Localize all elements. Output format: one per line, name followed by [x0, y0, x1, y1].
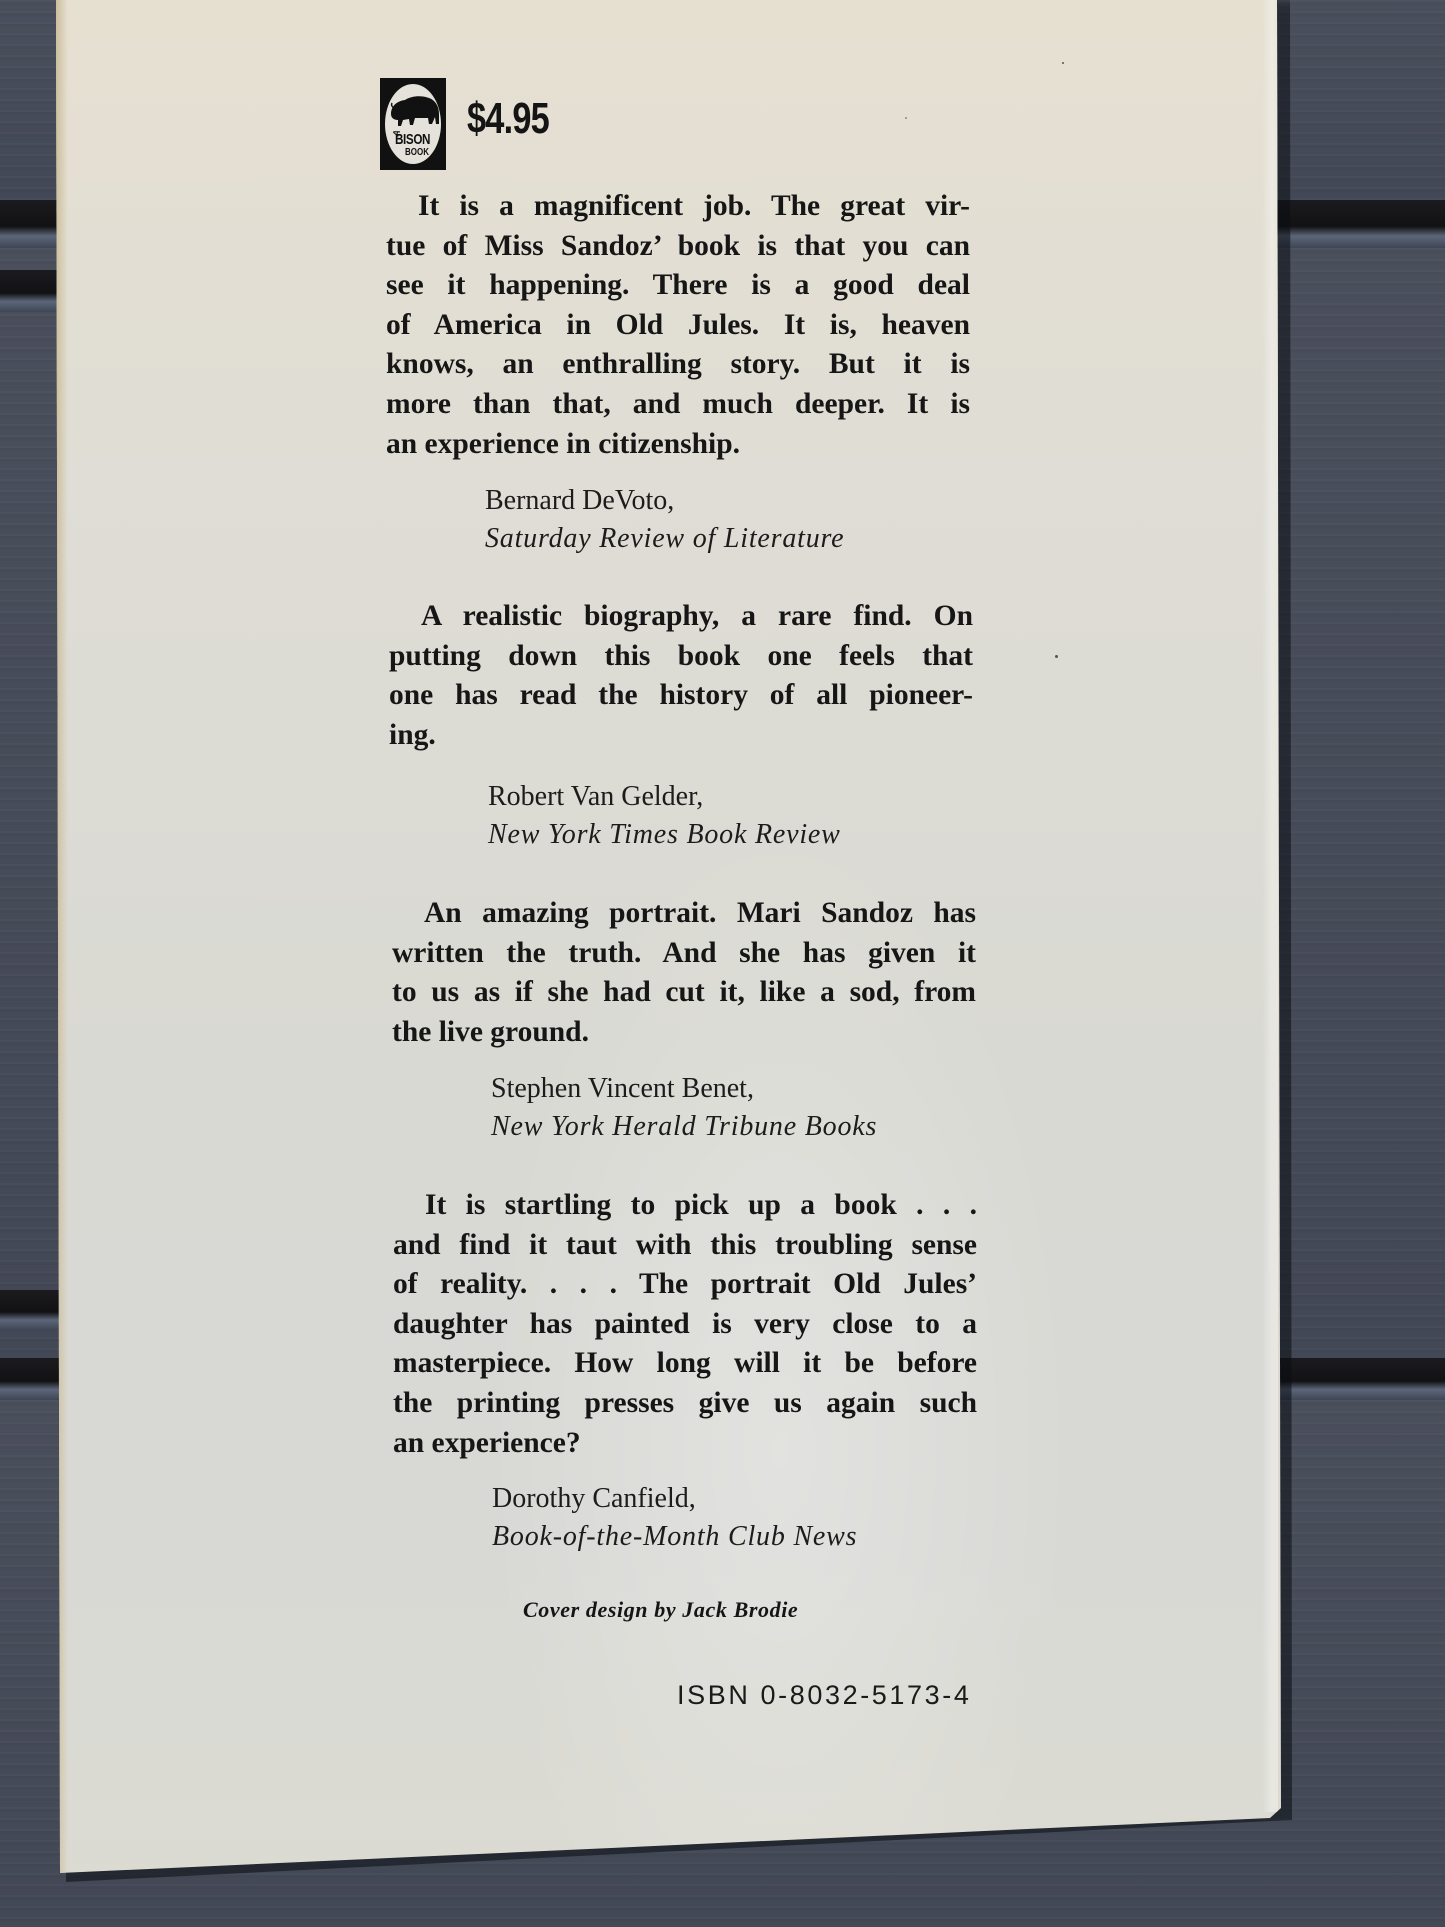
quote-line: A realistic biography, a rare find. On: [389, 597, 973, 637]
quote-line: one has read the history of all pioneer-: [389, 676, 973, 716]
reviewer-name: Dorothy Canfield,: [492, 1480, 857, 1518]
quote-attribution: Robert Van Gelder, New York Times Book R…: [488, 778, 841, 854]
quote-line: It is a magnificent job. The great vir-: [386, 187, 970, 227]
quote-line: the printing presses give us again such: [393, 1384, 977, 1424]
quote-line: and find it taut with this troubling sen…: [393, 1226, 977, 1266]
paper-speck: [905, 117, 907, 119]
quote-line: an experience?: [393, 1424, 977, 1464]
review-source: New York Herald Tribune Books: [491, 1108, 877, 1146]
quote-line: tue of Miss Sandoz’ book is that you can: [386, 227, 970, 267]
quote-attribution: Bernard DeVoto, Saturday Review of Liter…: [485, 482, 844, 558]
quote-line: an experience in citizenship.: [386, 425, 970, 465]
review-quote: A realistic biography, a rare find. On p…: [389, 597, 973, 755]
logo-oval: A BISON BOOK: [385, 84, 441, 164]
quote-attribution: Dorothy Canfield, Book-of-the-Month Club…: [492, 1480, 857, 1556]
quote-line: written the truth. And she has given it: [392, 934, 976, 974]
quote-attribution: Stephen Vincent Benet, New York Herald T…: [491, 1070, 877, 1146]
isbn-number: ISBN 0-8032-5173-4: [677, 1680, 971, 1711]
review-source: Saturday Review of Literature: [485, 520, 844, 558]
quote-line: more than that, and much deeper. It is: [386, 385, 970, 425]
review-quote: It is a magnificent job. The great vir- …: [386, 187, 970, 464]
quote-line: knows, an enthralling story. But it is: [386, 345, 970, 385]
logo-label-book: BOOK: [405, 147, 429, 158]
review-source: Book-of-the-Month Club News: [492, 1518, 857, 1556]
quote-line: masterpiece. How long will it be before: [393, 1344, 977, 1384]
quote-line: An amazing portrait. Mari Sandoz has: [392, 894, 976, 934]
paper-speck: [1062, 62, 1064, 64]
quote-line: see it happening. There is a good deal: [386, 266, 970, 306]
review-source: New York Times Book Review: [488, 816, 841, 854]
bison-book-logo: A BISON BOOK: [380, 78, 446, 170]
price-label: $4.95: [467, 94, 549, 144]
reviewer-name: Stephen Vincent Benet,: [491, 1070, 877, 1108]
review-quote: It is startling to pick up a book . . . …: [393, 1186, 977, 1463]
cover-design-credit: Cover design by Jack Brodie: [523, 1597, 798, 1623]
quote-line: daughter has painted is very close to a: [393, 1305, 977, 1345]
quote-line: ing.: [389, 716, 973, 756]
reviewer-name: Bernard DeVoto,: [485, 482, 844, 520]
reviewer-name: Robert Van Gelder,: [488, 778, 841, 816]
quote-line: of America in Old Jules. It is, heaven: [386, 306, 970, 346]
cover-edge-left: [56, 0, 68, 1873]
quote-line: to us as if she had cut it, like a sod, …: [392, 973, 976, 1013]
paper-speck: [1055, 655, 1058, 658]
cover-edge-right: [1262, 0, 1278, 1812]
book-back-cover: A BISON BOOK $4.95 It is a magnificent j…: [0, 0, 1445, 1927]
logo-label-bison: BISON: [395, 131, 430, 148]
quote-line: the live ground.: [392, 1013, 976, 1053]
cover-paper: A BISON BOOK $4.95 It is a magnificent j…: [0, 0, 1445, 1927]
quote-line: putting down this book one feels that: [389, 637, 973, 677]
quote-line: It is startling to pick up a book . . .: [393, 1186, 977, 1226]
quote-line: of reality. . . . The portrait Old Jules…: [393, 1265, 977, 1305]
review-quote: An amazing portrait. Mari Sandoz has wri…: [392, 894, 976, 1052]
